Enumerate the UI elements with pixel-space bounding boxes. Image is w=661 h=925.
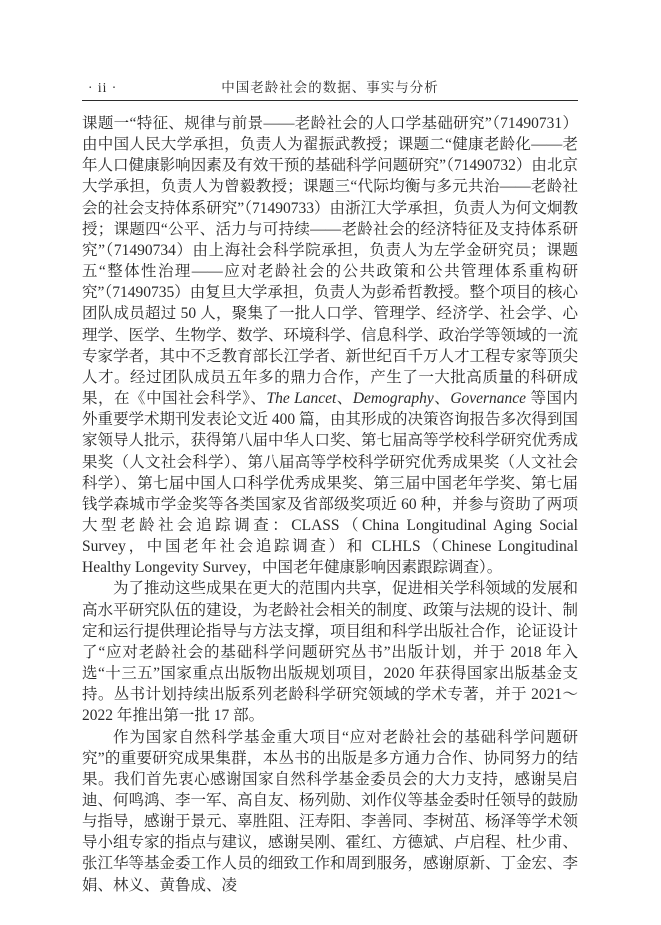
page-header: · ii · 中国老龄社会的数据、事实与分析 — [82, 79, 578, 97]
journal-name-italic: Governance — [450, 390, 526, 407]
body-text: 课题一“特征、规律与前景——老龄社会的人口学基础研究”（71490731）由中国… — [82, 113, 578, 896]
book-page: · ii · 中国老龄社会的数据、事实与分析 课题一“特征、规律与前景——老龄社… — [0, 0, 661, 925]
text-run: 为了推动这些成果在更大的范围内共享，促进相关学科领域的发展和高水平研究队伍的建设… — [82, 580, 578, 724]
text-run: 等国内外重要学术期刊发表论文近 400 篇，由其形成的决策咨询报告多次得到国家领… — [82, 390, 578, 576]
journal-name-italic: Demography — [353, 390, 434, 407]
body-paragraph: 作为国家自然科学基金重大项目“应对老龄社会的基础科学问题研究”的重要研究成果集群… — [82, 727, 578, 896]
text-run: 作为国家自然科学基金重大项目“应对老龄社会的基础科学问题研究”的重要研究成果集群… — [82, 729, 578, 894]
header-rule — [82, 100, 578, 101]
text-run: 、 — [336, 390, 353, 407]
journal-name-italic: The Lancet — [266, 390, 336, 407]
body-paragraph: 为了推动这些成果在更大的范围内共享，促进相关学科领域的发展和高水平研究队伍的建设… — [82, 578, 578, 726]
body-paragraph: 课题一“特征、规律与前景——老龄社会的人口学基础研究”（71490731）由中国… — [82, 113, 578, 578]
text-run: 、 — [434, 390, 451, 407]
text-run: 课题一“特征、规律与前景——老龄社会的人口学基础研究”（71490731）由中国… — [82, 115, 578, 407]
running-title: 中国老龄社会的数据、事实与分析 — [82, 79, 578, 97]
